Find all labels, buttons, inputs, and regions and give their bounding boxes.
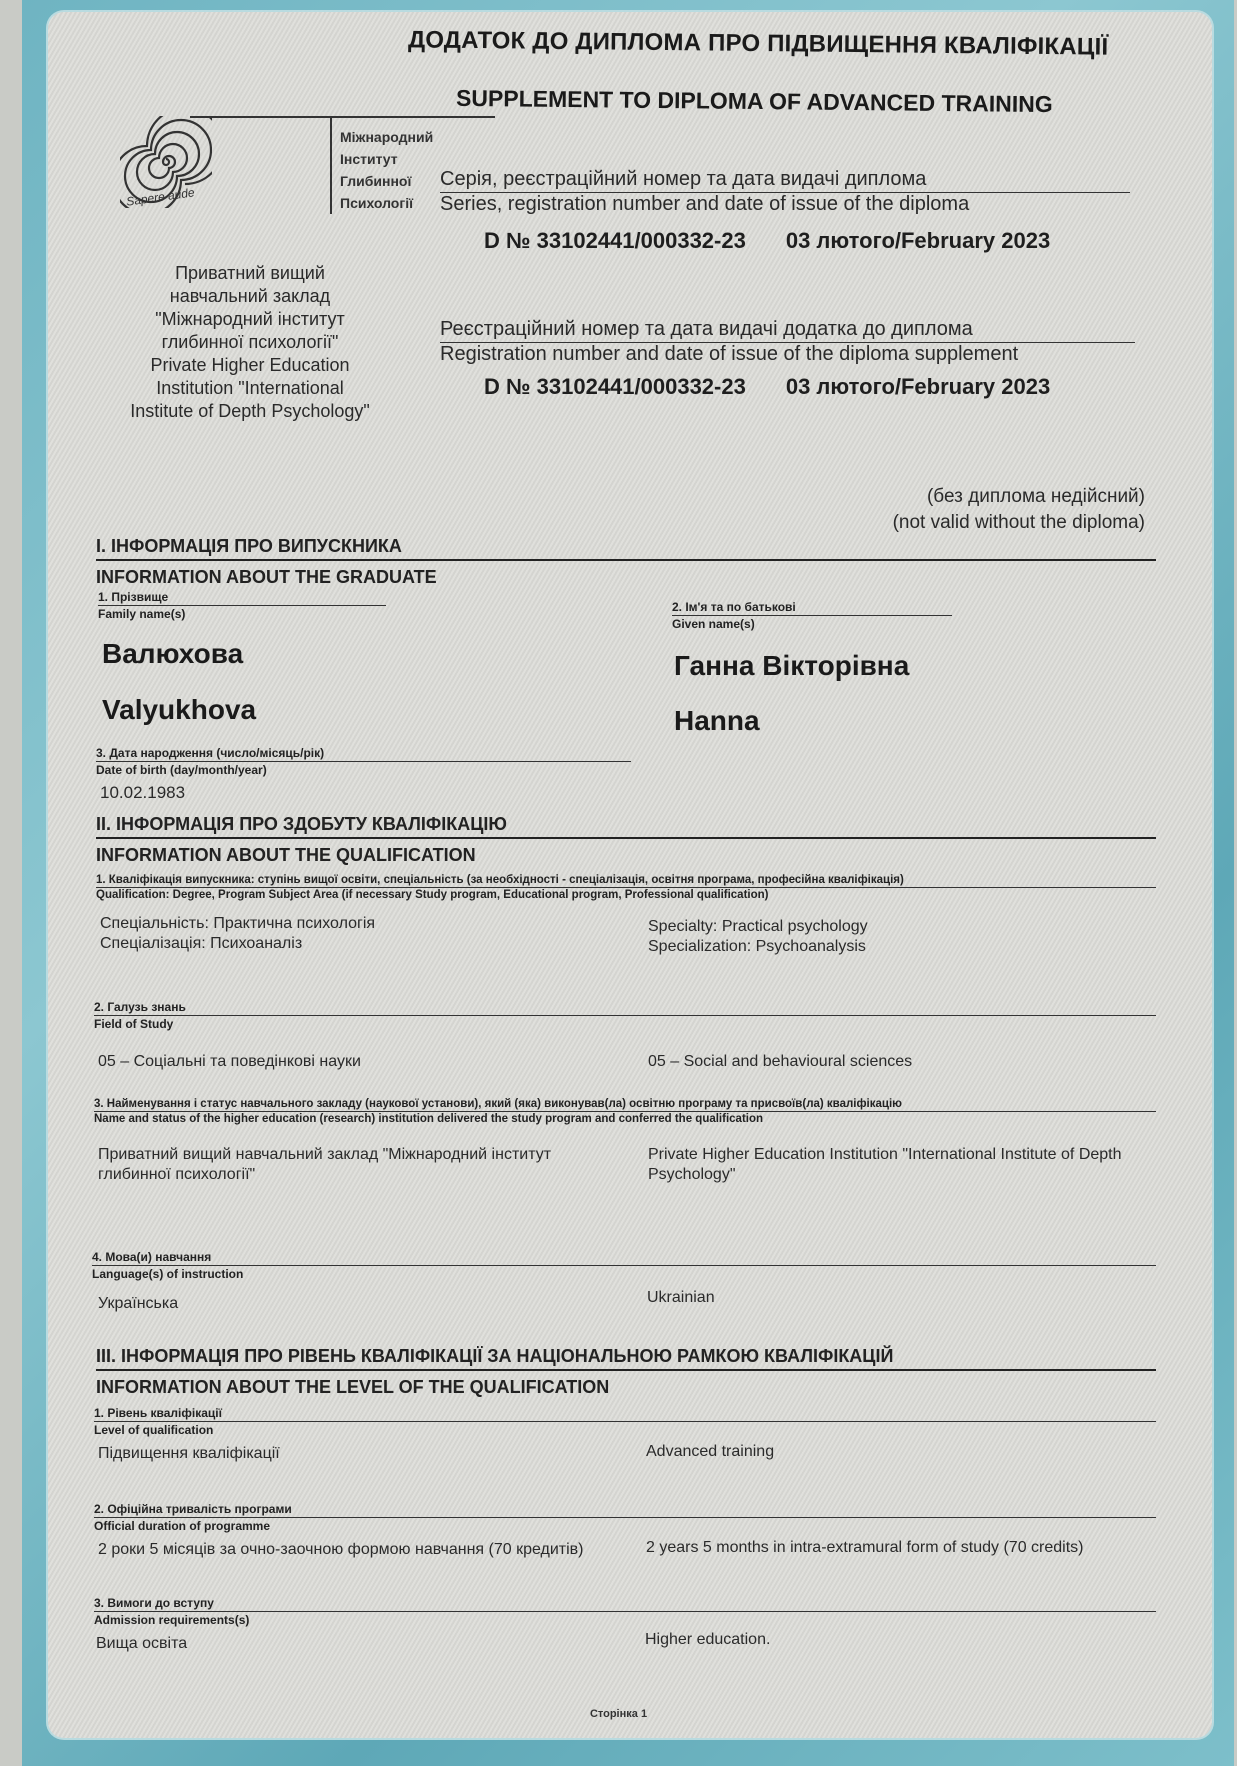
- admission-label: 3. Вимоги до вступу Admission requiremen…: [94, 1596, 1156, 1627]
- supplement-reg-values: D № 33102441/000332-23 03 лютого/Februar…: [440, 374, 1140, 400]
- diploma-reg-label-ua: Серія, реєстраційний номер та дата видач…: [440, 168, 1130, 193]
- supplement-number: D № 33102441/000332-23: [484, 374, 746, 400]
- field-of-study-label: 2. Галузь знань Field of Study: [94, 1000, 1156, 1031]
- birth-date-label: 3. Дата народження (число/місяць/рік) Da…: [96, 746, 631, 777]
- logo-top-rule: [190, 116, 495, 118]
- family-name-en: Valyukhova: [102, 694, 256, 726]
- section-qualification-heading: II. ІНФОРМАЦІЯ ПРО ЗДОБУТУ КВАЛІФІКАЦІЮ …: [96, 814, 1156, 866]
- supplement-date: 03 лютого/February 2023: [786, 374, 1050, 400]
- logo-vertical-rule: [330, 116, 332, 214]
- given-name-en: Hanna: [674, 705, 760, 737]
- section-level-heading: III. ІНФОРМАЦІЯ ПРО РІВЕНЬ КВАЛІФІКАЦІЇ …: [96, 1346, 1156, 1398]
- institution-value-ua: Приватний вищий навчальний заклад "Міжна…: [98, 1145, 618, 1185]
- birth-date-value: 10.02.1983: [100, 783, 185, 803]
- diploma-reg-values: D № 33102441/000332-23 03 лютого/Februar…: [440, 228, 1140, 254]
- language-label: 4. Мова(и) навчання Language(s) of instr…: [92, 1250, 1156, 1281]
- level-ua: Підвищення кваліфікації: [98, 1444, 280, 1464]
- admission-en: Higher education.: [645, 1630, 770, 1650]
- language-ua: Українська: [98, 1294, 178, 1314]
- family-name-ua: Валюхова: [102, 638, 243, 670]
- field-of-study-en: 05 – Social and behavioural sciences: [648, 1052, 912, 1072]
- admission-ua: Вища освіта: [96, 1634, 187, 1654]
- institute-logo: Міжнародний Інститут Глибинної Психологі…: [120, 112, 382, 222]
- supplement-registration: Реєстраційний номер та дата видачі додат…: [440, 318, 1140, 400]
- institution-name-block: Приватний вищий навчальний заклад "Міжна…: [105, 262, 395, 423]
- duration-label: 2. Офіційна тривалість програми Official…: [94, 1502, 1156, 1533]
- duration-ua: 2 роки 5 місяців за очно-заочною формою …: [98, 1540, 588, 1560]
- duration-en: 2 years 5 months in intra-extramural for…: [646, 1538, 1166, 1558]
- family-name-label: 1. Прізвище Family name(s): [98, 590, 386, 621]
- field-of-study-ua: 05 – Соціальні та поведінкові науки: [98, 1052, 361, 1072]
- qualification-en: Specialty: Practical psychology Speciali…: [648, 917, 868, 957]
- level-label: 1. Рівень кваліфікації Level of qualific…: [94, 1406, 1156, 1437]
- diploma-number: D № 33102441/000332-23: [484, 228, 746, 254]
- given-name-ua: Ганна Вікторівна: [674, 650, 909, 682]
- qualification-label: 1. Кваліфікація випускника: ступінь вищо…: [96, 874, 1156, 901]
- diploma-registration: Серія, реєстраційний номер та дата видач…: [440, 168, 1140, 254]
- institution-value-en: Private Higher Education Institution "In…: [648, 1145, 1138, 1185]
- supplement-reg-label-ua: Реєстраційний номер та дата видачі додат…: [440, 318, 1135, 343]
- language-en: Ukrainian: [647, 1288, 715, 1308]
- given-name-label: 2. Ім'я та по батькові Given name(s): [672, 600, 952, 631]
- page-number: Сторінка 1: [0, 1708, 1237, 1720]
- qualification-ua: Спеціальність: Практична психологія Спец…: [100, 914, 375, 954]
- diploma-date: 03 лютого/February 2023: [786, 228, 1050, 254]
- supplement-reg-label-en: Registration number and date of issue of…: [440, 343, 1140, 366]
- level-en: Advanced training: [646, 1442, 774, 1462]
- validity-notice: (без диплома недійсний) (not valid witho…: [893, 484, 1145, 536]
- section-graduate-heading: I. ІНФОРМАЦІЯ ПРО ВИПУСКНИКА INFORMATION…: [96, 536, 1156, 588]
- institution-label: 3. Найменування і статус навчального зак…: [94, 1098, 1156, 1125]
- diploma-reg-label-en: Series, registration number and date of …: [440, 193, 1140, 216]
- logo-text: Міжнародний Інститут Глибинної Психологі…: [340, 126, 433, 214]
